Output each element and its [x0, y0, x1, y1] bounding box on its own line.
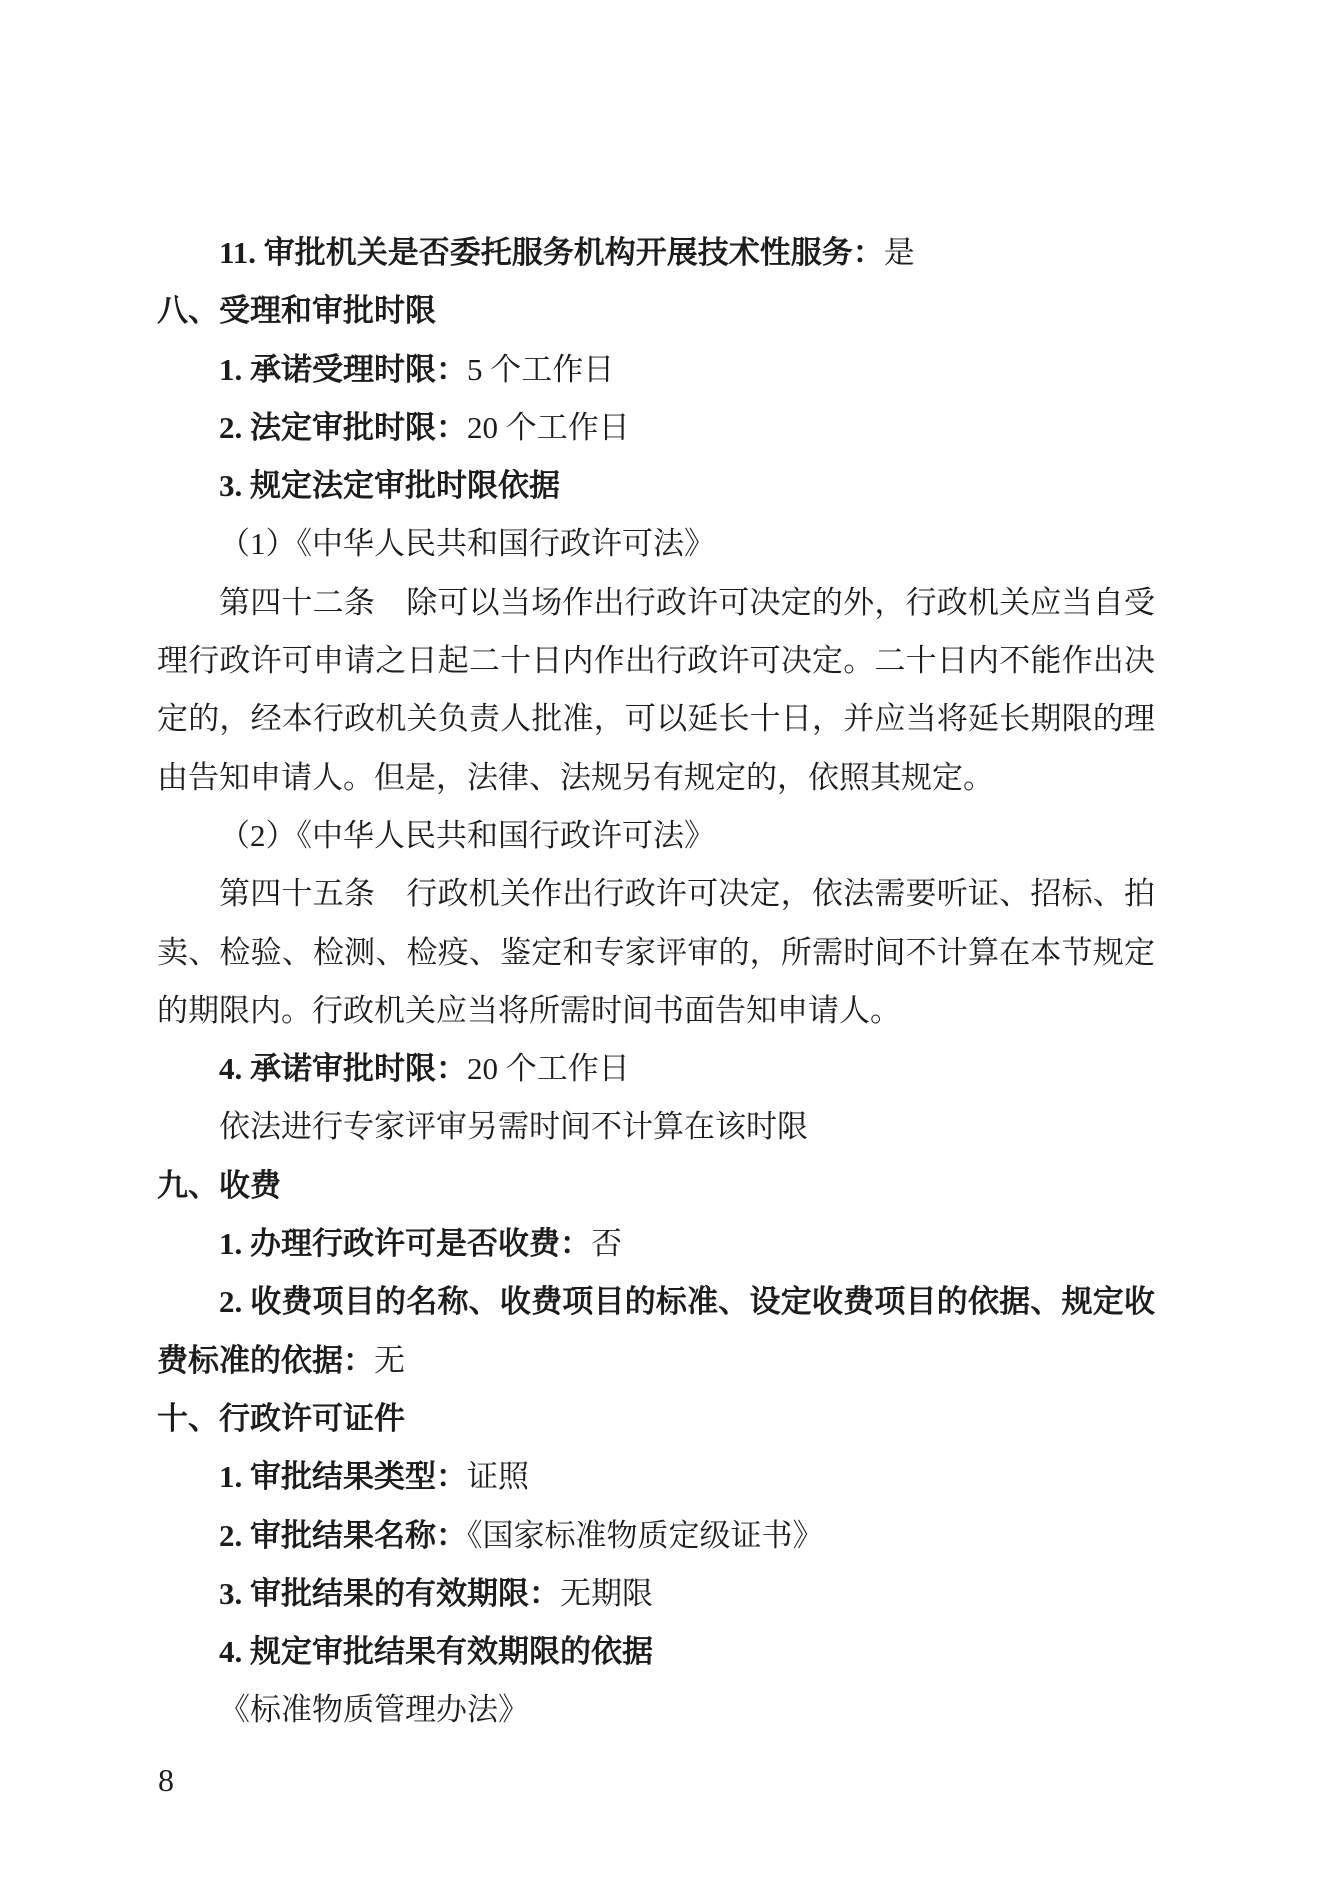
- field-label: 2. 法定审批时限：: [219, 410, 467, 445]
- document-page: 11. 审批机关是否委托服务机构开展技术性服务：是 八、受理和审批时限 1. 承…: [0, 0, 1339, 1890]
- section-heading-license-certificate: 十、行政许可证件: [157, 1390, 1155, 1448]
- field-technical-service-delegation: 11. 审批机关是否委托服务机构开展技术性服务：是: [157, 224, 1155, 282]
- legal-basis-text: （1）《中华人民共和国行政许可法》: [219, 526, 715, 561]
- field-label: 3. 审批结果的有效期限：: [219, 1576, 560, 1611]
- field-label: 2. 审批结果名称：: [219, 1518, 467, 1553]
- paragraph-article-42-line-4: 由告知申请人。但是，法律、法规另有规定的，依照其规定。: [157, 749, 1155, 807]
- field-label: 1. 承诺受理时限：: [219, 352, 467, 387]
- section-heading-text: 十、行政许可证件: [157, 1401, 405, 1436]
- field-result-validity: 3. 审批结果的有效期限：无期限: [157, 1565, 1155, 1623]
- field-value: 5 个工作日: [467, 352, 614, 387]
- document-body: 11. 审批机关是否委托服务机构开展技术性服务：是 八、受理和审批时限 1. 承…: [157, 224, 1155, 1740]
- field-validity-basis-heading: 4. 规定审批结果有效期限的依据: [157, 1623, 1155, 1681]
- page-number: 8: [158, 1760, 174, 1800]
- field-label: 11. 审批机关是否委托服务机构开展技术性服务：: [219, 235, 884, 270]
- field-statutory-time-basis-heading: 3. 规定法定审批时限依据: [157, 457, 1155, 515]
- legal-basis-text: 《标准物质管理办法》: [219, 1692, 529, 1727]
- paragraph-article-42-line-1: 第四十二条 除可以当场作出行政许可决定的外，行政机关应当自受: [157, 574, 1155, 632]
- paragraph-article-45-line-3: 的期限内。行政机关应当将所需时间书面告知申请人。: [157, 982, 1155, 1040]
- section-heading-accept-approve-time: 八、受理和审批时限: [157, 282, 1155, 340]
- paragraph-text: 的期限内。行政机关应当将所需时间书面告知申请人。: [157, 993, 901, 1028]
- section-heading-text: 八、受理和审批时限: [157, 293, 436, 328]
- field-label: 1. 办理行政许可是否收费：: [219, 1226, 591, 1261]
- field-value: 否: [591, 1226, 622, 1261]
- field-label: 2. 收费项目的名称、收费项目的标准、设定收费项目的依据、规定收: [219, 1284, 1155, 1319]
- paragraph-article-45-line-1: 第四十五条 行政机关作出行政许可决定，依法需要听证、招标、拍: [157, 865, 1155, 923]
- field-label: 3. 规定法定审批时限依据: [219, 468, 560, 503]
- paragraph-text: 定的，经本行政机关负责人批准，可以延长十日，并应当将延长期限的理: [157, 701, 1155, 736]
- paragraph-text: 第四十五条 行政机关作出行政许可决定，依法需要听证、招标、拍: [219, 876, 1155, 911]
- note-expert-review: 依法进行专家评审另需时间不计算在该时限: [157, 1098, 1155, 1156]
- field-value: 20 个工作日: [467, 410, 630, 445]
- legal-basis-text: （2）《中华人民共和国行政许可法》: [219, 818, 715, 853]
- field-promised-acceptance-time: 1. 承诺受理时限：5 个工作日: [157, 341, 1155, 399]
- field-statutory-approval-time: 2. 法定审批时限：20 个工作日: [157, 399, 1155, 457]
- field-label: 费标准的依据：: [157, 1343, 374, 1378]
- field-fee-items-line-1: 2. 收费项目的名称、收费项目的标准、设定收费项目的依据、规定收: [157, 1273, 1155, 1331]
- field-label: 4. 承诺审批时限：: [219, 1051, 467, 1086]
- field-value: 《国家标准物质定级证书》: [467, 1518, 824, 1553]
- paragraph-text: 理行政许可申请之日起二十日内作出行政许可决定。二十日内不能作出决: [157, 643, 1155, 678]
- paragraph-article-42-line-2: 理行政许可申请之日起二十日内作出行政许可决定。二十日内不能作出决: [157, 632, 1155, 690]
- note-text: 依法进行专家评审另需时间不计算在该时限: [219, 1109, 808, 1144]
- paragraph-text: 第四十二条 除可以当场作出行政许可决定的外，行政机关应当自受: [219, 585, 1155, 620]
- paragraph-article-45-line-2: 卖、检验、检测、检疫、鉴定和专家评审的，所需时间不计算在本节规定: [157, 924, 1155, 982]
- section-heading-fees: 九、收费: [157, 1157, 1155, 1215]
- field-label: 4. 规定审批结果有效期限的依据: [219, 1634, 653, 1669]
- field-value: 无期限: [560, 1576, 653, 1611]
- field-fee-items-line-2: 费标准的依据：无: [157, 1332, 1155, 1390]
- field-value: 证照: [467, 1459, 529, 1494]
- field-result-type: 1. 审批结果类型：证照: [157, 1448, 1155, 1506]
- field-value: 20 个工作日: [467, 1051, 630, 1086]
- legal-basis-item-2: （2）《中华人民共和国行政许可法》: [157, 807, 1155, 865]
- field-fee-required: 1. 办理行政许可是否收费：否: [157, 1215, 1155, 1273]
- field-label: 1. 审批结果类型：: [219, 1459, 467, 1494]
- field-promised-approval-time: 4. 承诺审批时限：20 个工作日: [157, 1040, 1155, 1098]
- legal-basis-standard-material: 《标准物质管理办法》: [157, 1681, 1155, 1739]
- field-result-name: 2. 审批结果名称：《国家标准物质定级证书》: [157, 1507, 1155, 1565]
- field-value: 是: [884, 235, 915, 270]
- paragraph-text: 由告知申请人。但是，法律、法规另有规定的，依照其规定。: [157, 760, 994, 795]
- paragraph-text: 卖、检验、检测、检疫、鉴定和专家评审的，所需时间不计算在本节规定: [157, 935, 1155, 970]
- field-value: 无: [374, 1343, 405, 1378]
- legal-basis-item-1: （1）《中华人民共和国行政许可法》: [157, 515, 1155, 573]
- section-heading-text: 九、收费: [157, 1168, 281, 1203]
- paragraph-article-42-line-3: 定的，经本行政机关负责人批准，可以延长十日，并应当将延长期限的理: [157, 690, 1155, 748]
